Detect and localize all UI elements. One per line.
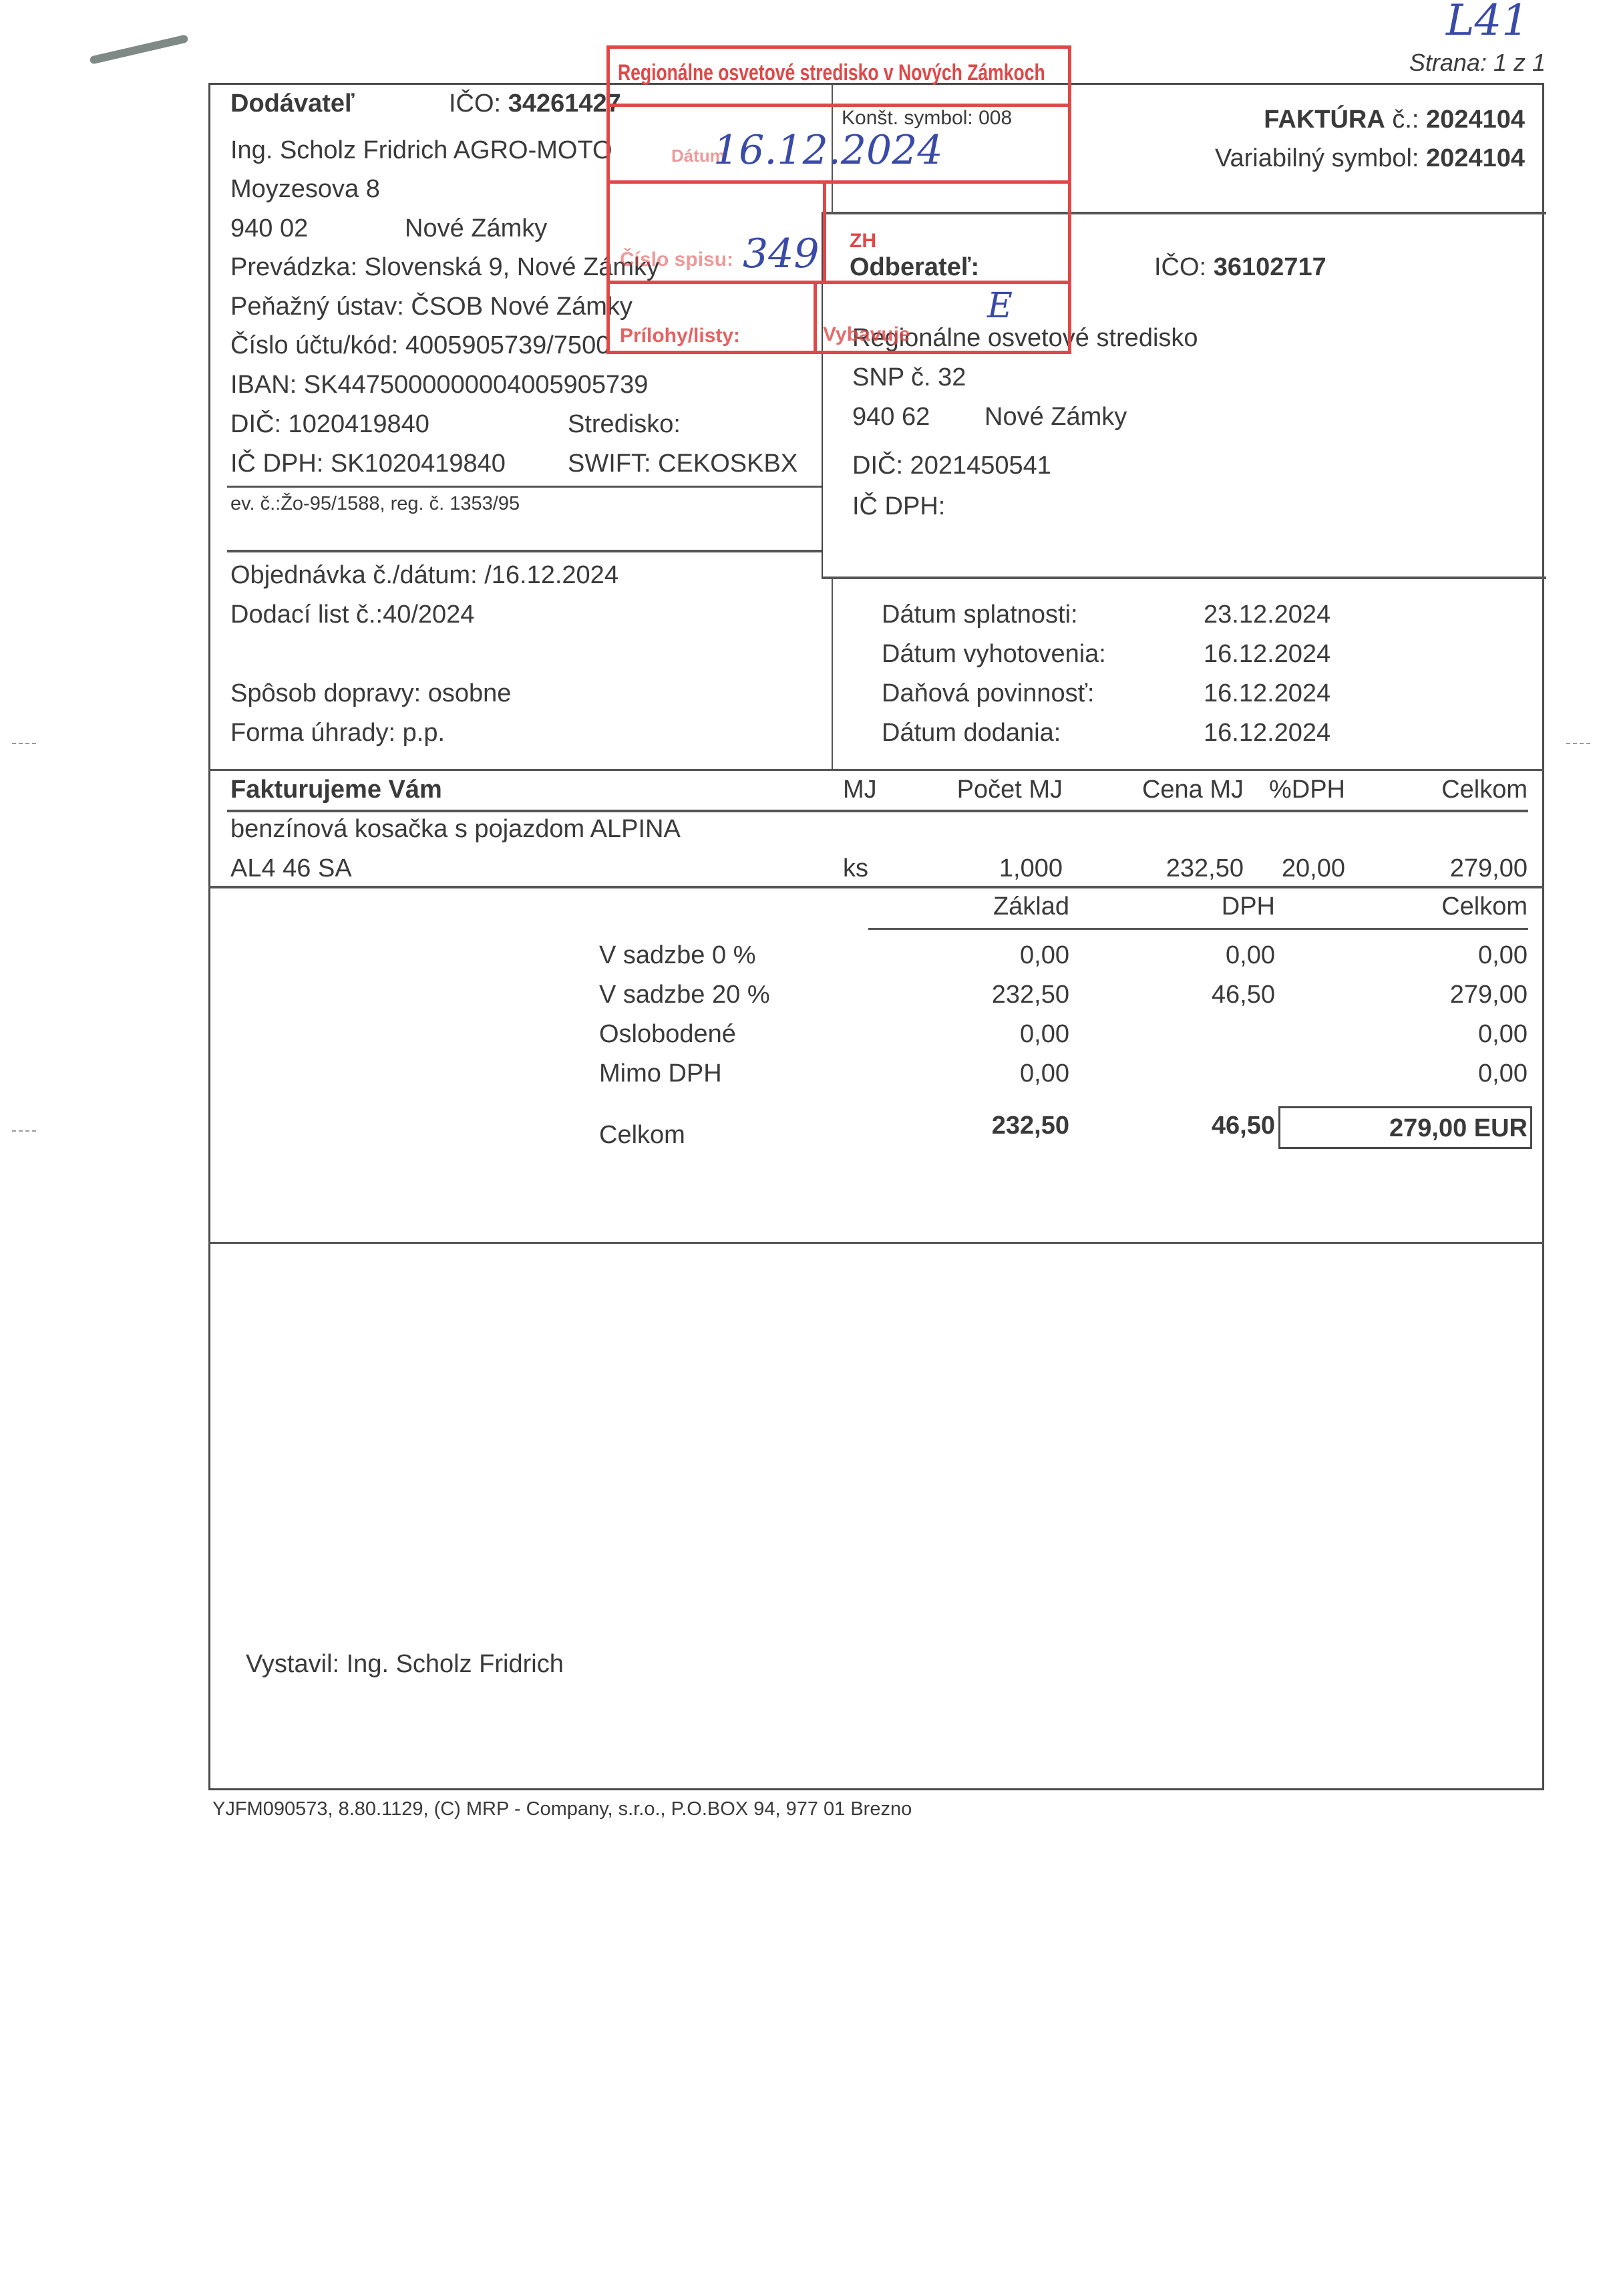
divider (227, 810, 1528, 812)
vat-row-label: V sadzbe 0 % (599, 943, 755, 968)
date-label: Daňová povinnosť: (882, 681, 1094, 706)
footer-text: YJFM090573, 8.80.1129, (C) MRP - Company… (212, 1800, 912, 1819)
customer-ico-label: IČO: (1154, 253, 1206, 281)
vat-row-total: 0,00 (1478, 1021, 1528, 1047)
invoice-number-label: č.: (1392, 106, 1419, 134)
margin-tick (12, 1130, 36, 1132)
item-unit-price: 232,50 (1166, 856, 1244, 881)
supplier-name: Ing. Scholz Fridrich AGRO-MOTO (230, 138, 612, 163)
supplier-registration: ev. č.:Žo-95/1588, reg. č. 1353/95 (230, 494, 520, 514)
stamp-handled-handwritten: E (987, 286, 1013, 326)
margin-tick (12, 743, 36, 744)
supplier-heading-row: Dodávateľ (230, 91, 355, 116)
divider (227, 550, 823, 552)
date-label: Dátum vyhotovenia: (882, 641, 1106, 667)
item-vat-pct: 20,00 (1282, 856, 1345, 881)
summary-col-base: Základ (993, 894, 1069, 919)
variable-symbol-label: Variabilný symbol: (1215, 144, 1419, 172)
stamp-rule (823, 180, 826, 284)
summary-col-vat: DPH (1222, 894, 1275, 919)
payment-method: Forma úhrady: p.p. (230, 720, 445, 746)
stamp-rule (606, 104, 1071, 107)
date-value: 23.12.2024 (1204, 602, 1330, 627)
customer-ico-value: 36102717 (1214, 253, 1326, 281)
grand-total-value: 279,00 EUR (1389, 1116, 1528, 1141)
stamp-rule (814, 281, 817, 354)
supplier-ic-dph: IČ DPH: SK1020419840 (230, 451, 506, 476)
date-value: 16.12.2024 (1204, 681, 1330, 706)
invoice-title: FAKTÚRA č.: 2024104 (1264, 107, 1525, 132)
supplier-center: Stredisko: (568, 412, 681, 437)
stamp-attachments-label: Prílohy/listy: (620, 325, 740, 347)
item-qty: 1,000 (999, 856, 1063, 881)
grand-total-base: 232,50 (992, 1113, 1069, 1138)
divider (208, 769, 1544, 771)
supplier-iban: IBAN: SK4475000000004005905739 (230, 372, 648, 397)
col-unit-price: Cena MJ (1142, 777, 1244, 802)
pen-mark (90, 34, 189, 64)
vat-row-label: Oslobodené (599, 1021, 736, 1047)
vat-row-total: 0,00 (1478, 1061, 1528, 1086)
transport-method: Spôsob dopravy: osobne (230, 681, 511, 706)
vat-row-total: 279,00 (1450, 982, 1528, 1007)
stamp-rule (606, 281, 1071, 284)
handwritten-page-number: L41 (1446, 0, 1529, 45)
date-label: Dátum splatnosti: (882, 602, 1078, 627)
stamp-record-handwritten: 349 (743, 230, 820, 277)
divider (868, 928, 1528, 930)
supplier-account: Číslo účtu/kód: 4005905739/7500 (230, 333, 610, 358)
page-indicator: Strana: 1 z 1 (1409, 51, 1546, 75)
supplier-dic: DIČ: 1020419840 (230, 412, 429, 437)
vat-row-base: 0,00 (1020, 1061, 1069, 1086)
col-description: Fakturujeme Vám (230, 777, 442, 802)
customer-ico: IČO: 36102717 (1154, 255, 1326, 280)
grand-total-label: Celkom (599, 1122, 685, 1148)
stamp-handled-label: Vybavuje (823, 323, 910, 346)
col-vat-pct: %DPH (1269, 777, 1345, 802)
stamp-dept-code: ZH (850, 230, 876, 253)
supplier-city: Nové Zámky (405, 216, 547, 241)
stamp-date-handwritten: 16.12.2024 (713, 127, 943, 174)
divider-vertical (832, 579, 833, 770)
vat-row-vat: 46,50 (1212, 982, 1275, 1007)
vat-row-base: 0,00 (1020, 1021, 1069, 1047)
customer-ic-dph: IČ DPH: (852, 494, 945, 519)
item-unit: ks (843, 856, 868, 881)
stamp-title: Regionálne osvetové stredisko v Nových Z… (618, 60, 1045, 86)
customer-zip: 940 62 (852, 404, 930, 430)
supplier-street: Moyzesova 8 (230, 176, 380, 202)
supplier-swift: SWIFT: CEKOSKBX (568, 451, 797, 476)
item-description: benzínová kosačka s pojazdom ALPINA (230, 816, 681, 842)
invoice-title-label: FAKTÚRA (1264, 106, 1385, 134)
col-total: Celkom (1441, 777, 1528, 802)
date-value: 16.12.2024 (1204, 641, 1330, 667)
invoice-number: 2024104 (1426, 106, 1525, 134)
divider (227, 486, 823, 488)
order-number: Objednávka č./dátum: /16.12.2024 (230, 562, 618, 588)
grand-total-vat: 46,50 (1212, 1113, 1275, 1138)
item-description-model: AL4 46 SA (230, 856, 352, 881)
vat-row-total: 0,00 (1478, 943, 1528, 968)
variable-symbol-value: 2024104 (1426, 144, 1525, 172)
date-label: Dátum dodania: (882, 720, 1061, 746)
issued-by: Vystavil: Ing. Scholz Fridrich (246, 1651, 564, 1677)
vat-row-vat: 0,00 (1226, 943, 1275, 968)
col-qty: Počet MJ (957, 777, 1063, 802)
stamp-rule (606, 180, 1071, 184)
customer-city: Nové Zámky (985, 404, 1127, 430)
supplier-bank: Peňažný ústav: ČSOB Nové Zámky (230, 294, 633, 319)
supplier-premises: Prevádzka: Slovenská 9, Nové Zámky (230, 255, 659, 280)
divider (208, 886, 1544, 888)
vat-row-base: 0,00 (1020, 943, 1069, 968)
margin-tick (1566, 743, 1590, 744)
date-value: 16.12.2024 (1204, 720, 1330, 746)
supplier-ico: IČO: 34261427 (449, 91, 621, 116)
vat-row-base: 232,50 (992, 982, 1069, 1007)
customer-street: SNP č. 32 (852, 365, 966, 390)
divider (208, 1242, 1544, 1244)
vat-row-label: Mimo DPH (599, 1061, 722, 1086)
supplier-heading: Dodávateľ (230, 90, 355, 118)
variable-symbol: Variabilný symbol: 2024104 (1215, 146, 1525, 171)
item-total: 279,00 (1450, 856, 1528, 881)
supplier-zip: 940 02 (230, 216, 308, 241)
customer-dic: DIČ: 2021450541 (852, 453, 1051, 478)
delivery-note: Dodací list č.:40/2024 (230, 602, 474, 627)
supplier-ico-label: IČO: (449, 90, 501, 118)
vat-row-label: V sadzbe 20 % (599, 982, 770, 1007)
stamp-record-label: Číslo spisu: (620, 249, 733, 271)
summary-col-total: Celkom (1441, 894, 1528, 919)
supplier-ico-value: 34261427 (508, 90, 621, 118)
col-unit: MJ (843, 777, 877, 802)
